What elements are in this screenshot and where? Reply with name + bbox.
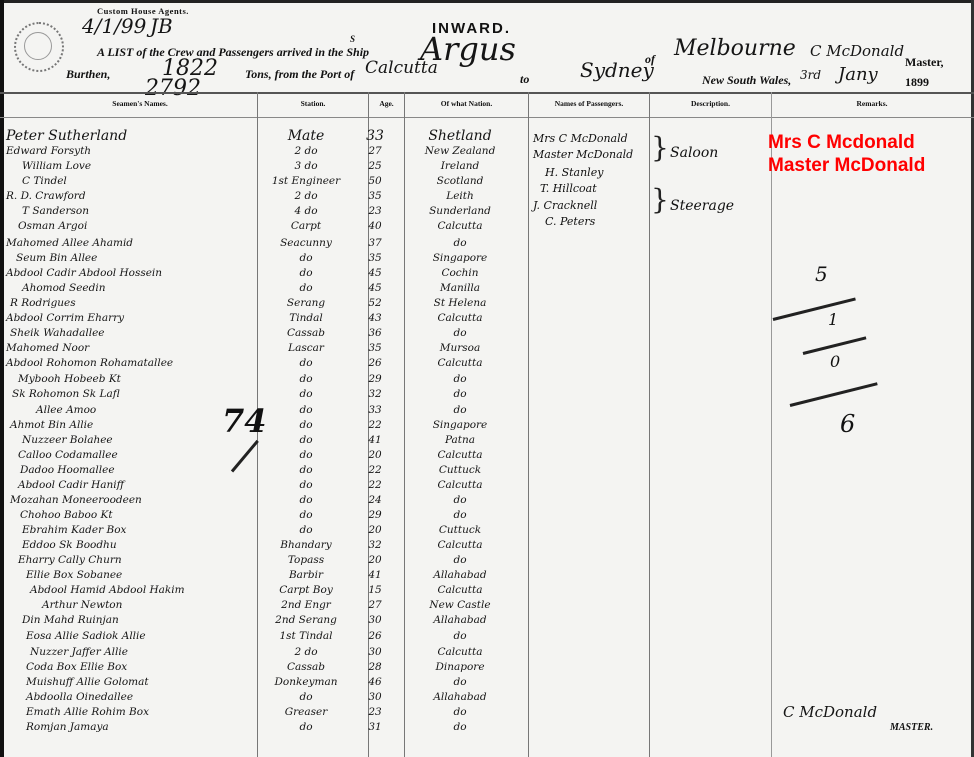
overlay-line-1: Mrs C Mcdonald — [768, 131, 925, 154]
remarks-fraction-mid: 1 — [828, 310, 838, 329]
date-stamp: 4/1/99 — [82, 14, 146, 38]
crew-row: Dadoo Hoomalleedo22Cuttuck — [0, 464, 974, 477]
crew-row: Ahmot Bin Alliedo22Singapore — [0, 419, 974, 432]
crew-row: Osman ArgoiCarpt40Calcutta — [0, 220, 974, 233]
crew-row: Eosa Allie Sadiok Allie1st Tindal26do — [0, 630, 974, 643]
remarks-fraction-bottom: 6 — [840, 410, 855, 438]
crew-row: Seum Bin Alleedo35Singapore — [0, 252, 974, 265]
crew-row: Nuzzeer Bolaheedo41Patna — [0, 434, 974, 447]
crew-row: Ebrahim Kader Boxdo20Cuttuck — [0, 524, 974, 537]
crew-row: Din Mahd Ruinjan2nd Serang30Allahabad — [0, 614, 974, 627]
crew-row: Chohoo Baboo Ktdo29do — [0, 509, 974, 522]
arrival-month: Jany — [838, 64, 878, 85]
passenger-name: H. Stanley — [545, 166, 603, 179]
col-header-seamens-names: Seamen's Names. — [100, 99, 180, 108]
date-initials: JB — [150, 14, 173, 38]
remarks-fraction-mid2: 0 — [830, 352, 840, 371]
home-port: Melbourne — [674, 36, 796, 61]
master-name: C McDonald — [810, 42, 904, 60]
reference-number: 2792 — [145, 76, 201, 101]
crew-row: Nuzzer Jaffer Allie2 do30Calcutta — [0, 646, 974, 659]
crew-row: Arthur Newton2nd Engr27New Castle — [0, 599, 974, 612]
from-port: Calcutta — [365, 58, 438, 78]
col-header-age: Age. — [369, 99, 404, 108]
passenger-name: T. Hillcoat — [540, 182, 597, 195]
passenger-list-document: Custom House Agents. 4/1/99 JB INWARD. A… — [0, 0, 974, 757]
to-port: Sydney — [580, 58, 654, 82]
ship-prefix: S — [350, 34, 355, 44]
passenger-name: C. Peters — [545, 215, 595, 228]
header-rule-top — [0, 92, 974, 94]
header-rule-bottom — [0, 117, 974, 118]
crew-row: Abdool Cadir Abdool Hosseindo45Cochin — [0, 267, 974, 280]
passenger-name: J. Cracknell — [533, 199, 597, 212]
description-saloon: Saloon — [670, 145, 718, 161]
brace-icon: } — [651, 134, 669, 162]
arrival-year: 1899 — [905, 75, 929, 90]
col-header-station: Station. — [258, 99, 368, 108]
crew-row: Abdool Hamid Abdool HakimCarpt Boy15Calc… — [0, 584, 974, 597]
crew-row: T Sanderson4 do23Sunderland — [0, 205, 974, 218]
arrival-day: 3rd — [800, 68, 821, 82]
master-signature: C McDonald — [783, 703, 877, 721]
crew-row: Ellie Box SobaneeBarbir41Allahabad — [0, 569, 974, 582]
tons-label: Tons, from the Port of — [245, 67, 354, 82]
crew-row: Mahomed Allee AhamidSeacunny37do — [0, 237, 974, 250]
col-header-nation: Of what Nation. — [405, 99, 528, 108]
master-label: Master, — [905, 55, 944, 70]
crew-row: Mozahan Moneeroodeendo24do — [0, 494, 974, 507]
crew-row: Calloo Codamalleedo20Calcutta — [0, 449, 974, 462]
overlay-annotation: Mrs C Mcdonald Master McDonald — [768, 131, 925, 177]
crew-row: Abdool Rohomon Rohamatalleedo26Calcutta — [0, 357, 974, 370]
remarks-fraction-top: 5 — [815, 262, 828, 286]
crew-row: Allee Amoodo33do — [0, 404, 974, 417]
col-header-description: Description. — [650, 99, 771, 108]
to-label: to — [520, 72, 529, 87]
department-stamp-icon — [14, 22, 64, 72]
crew-row: Mybooh Hobeeb Ktdo29do — [0, 373, 974, 386]
crew-row: R. D. Crawford2 do35Leith — [0, 190, 974, 203]
description-steerage: Steerage — [670, 198, 734, 214]
crew-row: Ahomod Seedindo45Manilla — [0, 282, 974, 295]
passenger-name: Master McDonald — [533, 148, 633, 161]
passenger-name: Mrs C McDonald — [533, 132, 628, 145]
col-header-remarks: Remarks. — [772, 99, 972, 108]
crew-row: Abdool Cadir Haniffdo22Calcutta — [0, 479, 974, 492]
crew-row: Romjan Jamayado31do — [0, 721, 974, 734]
overlay-line-2: Master McDonald — [768, 154, 925, 177]
scan-edge-top — [0, 0, 974, 3]
master-footer-label: MASTER. — [890, 722, 933, 733]
crew-row: Coda Box Ellie BoxCassab28Dinapore — [0, 661, 974, 674]
crew-row: Eddoo Sk BoodhuBhandary32Calcutta — [0, 539, 974, 552]
col-header-passengers: Names of Passengers. — [529, 99, 649, 108]
crew-tally: 74 — [222, 402, 267, 440]
nsw-label: New South Wales, — [702, 73, 791, 88]
burthen-label: Burthen, — [66, 67, 110, 82]
crew-row: Muishuff Allie GolomatDonkeyman46do — [0, 676, 974, 689]
brace-icon: } — [651, 186, 669, 214]
crew-row: Eharry Cally ChurnTopass20do — [0, 554, 974, 567]
list-line: A LIST of the Crew and Passengers arrive… — [97, 45, 369, 60]
